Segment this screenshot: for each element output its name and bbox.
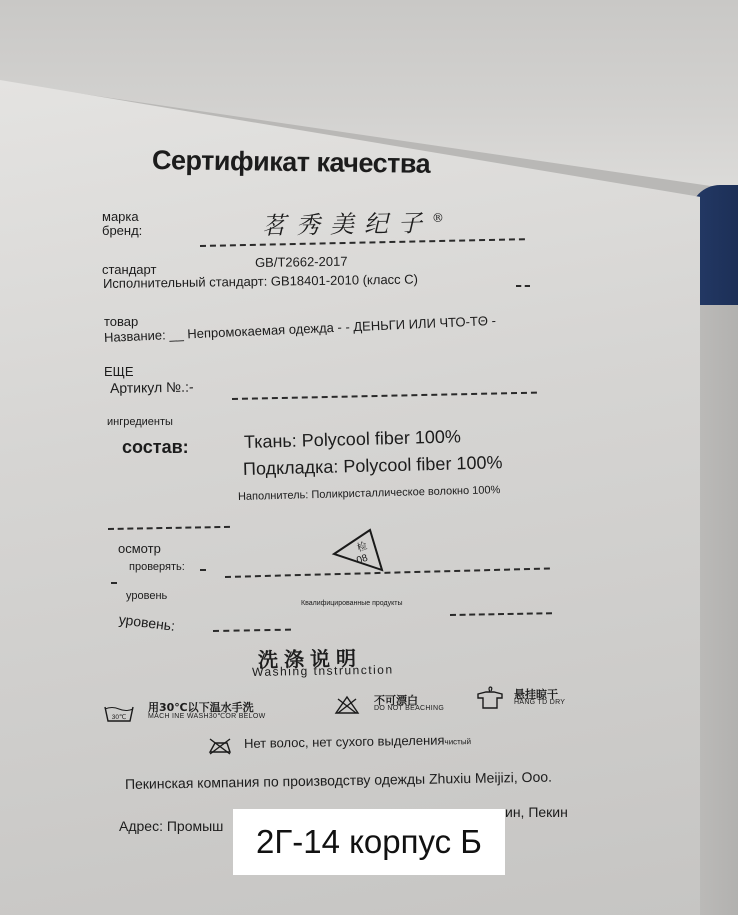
washing-title-en: Washing tnstrunction — [252, 663, 394, 679]
standard-value: GB/T2662-2017 — [255, 254, 348, 270]
wash-temp-text: 30℃ — [112, 713, 127, 721]
brand-label-line1: марка — [102, 210, 142, 224]
stamp-top-text: 检 — [355, 539, 369, 554]
dry-clean-suffix: чистый — [444, 737, 471, 746]
inspection-stamp-icon: 检 08 — [330, 526, 386, 576]
hang-dry-icon — [476, 686, 504, 710]
inspection-check-label: проверять: — [129, 561, 185, 573]
address-start: Адрес: Промыш — [119, 818, 223, 834]
registered-mark-icon: ® — [432, 211, 444, 225]
grade-small-label: уровень — [126, 590, 167, 602]
inspection-label: осмотр — [118, 541, 161, 556]
care-hang-en: HANG TD DRY — [514, 699, 565, 706]
address-end: ин, Пекин — [505, 804, 568, 820]
composition-small-label: ингредиенты — [107, 416, 173, 428]
no-iron-dry-clean-icon — [207, 737, 233, 755]
no-bleach-icon — [334, 695, 360, 715]
composition-label: состав: — [122, 437, 189, 458]
inspection-dash-short — [200, 569, 206, 571]
location-caption: 2Г-14 корпус Б — [233, 809, 505, 875]
care-bleach-en: DO NOT BEACHING — [374, 705, 444, 712]
article-label: Артикул №.:- — [110, 379, 194, 396]
article-extra-label: ЕЩЕ — [104, 364, 134, 379]
certificate-title: Сертификат качества — [152, 145, 431, 180]
care-wash-en: MACH INE WASH30℃OR BELOW — [148, 712, 265, 720]
brand-label: марка бренд: — [102, 210, 142, 238]
grade-value: Квалифицированные продукты — [301, 600, 403, 607]
grade-dash-mark — [111, 582, 117, 584]
product-label: товар — [104, 314, 138, 329]
wash-30-icon: 30℃ — [104, 705, 134, 723]
brand-name: 茗秀美纪子 — [262, 209, 432, 240]
brand-value: 茗秀美纪子® — [262, 203, 445, 241]
brand-label-line2: бренд: — [102, 224, 142, 238]
standard-dash — [516, 285, 530, 287]
